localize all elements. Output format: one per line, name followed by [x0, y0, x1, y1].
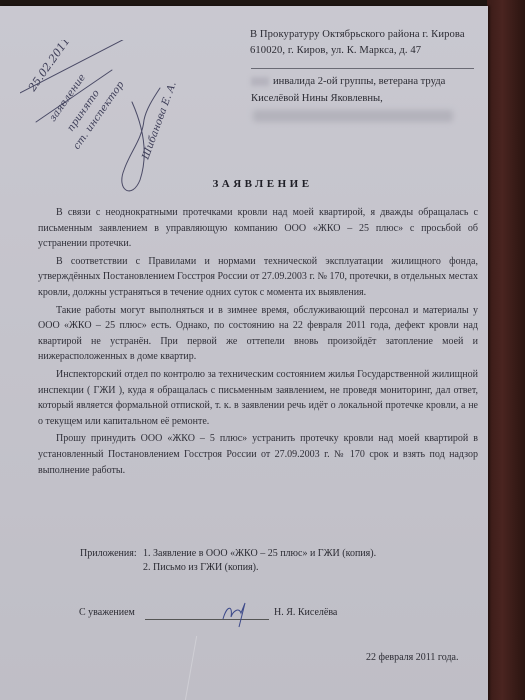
attachment-item-1: 1. Заявление в ООО «ЖКО – 25 плюс» и ГЖИ…: [143, 547, 376, 561]
document-body: В связи с неоднократными протечками кров…: [38, 205, 478, 478]
document-date: 22 февраля 2011 года.: [366, 652, 458, 663]
recipient-line-2: 610020, г. Киров, ул. К. Маркса, д. 47: [250, 43, 480, 59]
paragraph-4: Инспекторский отдел по контролю за техни…: [38, 367, 478, 429]
recipient-block: В Прокуратуру Октябрьского района г. Кир…: [250, 27, 480, 58]
address-divider: [251, 68, 474, 69]
sender-line-2: Киселёвой Нины Яковлевны,: [251, 90, 481, 107]
attachment-item-2: 2. Письмо из ГЖИ (копия).: [143, 561, 376, 575]
handwritten-date: 25.02.2011: [25, 40, 72, 95]
svg-text:Шибанова Е. А.: Шибанова Е. А.: [140, 80, 179, 162]
recipient-line-1: В Прокуратуру Октябрьского района г. Кир…: [250, 27, 480, 43]
paragraph-5: Прошу принудить ООО «ЖКО – 5 плюс» устра…: [38, 431, 478, 478]
document-title: ЗАЯВЛЕНИЕ: [0, 178, 525, 190]
closing-regards: С уважением: [79, 607, 135, 618]
sender-block: инвалида 2-ой группы, ветерана труда Кис…: [251, 73, 481, 107]
paragraph-3: Такие работы могут выполняться и в зимне…: [38, 303, 478, 365]
redacted-address: [253, 110, 453, 122]
background-table-edge: [487, 0, 525, 700]
signer-name: Н. Я. Киселёва: [274, 607, 337, 618]
redacted-text: [251, 77, 269, 86]
paragraph-2: В соответствии с Правилами и нормами тех…: [38, 254, 478, 301]
paper-fold: [184, 636, 197, 700]
sender-line-1: инвалида 2-ой группы, ветерана труда: [273, 76, 445, 87]
handwritten-receipt-note: 25.02.2011 заявление принято ст. инспект…: [20, 40, 220, 200]
attachments-label: Приложения:: [80, 547, 137, 561]
paragraph-1: В связи с неоднократными протечками кров…: [38, 205, 478, 252]
signature-icon: [219, 599, 259, 629]
